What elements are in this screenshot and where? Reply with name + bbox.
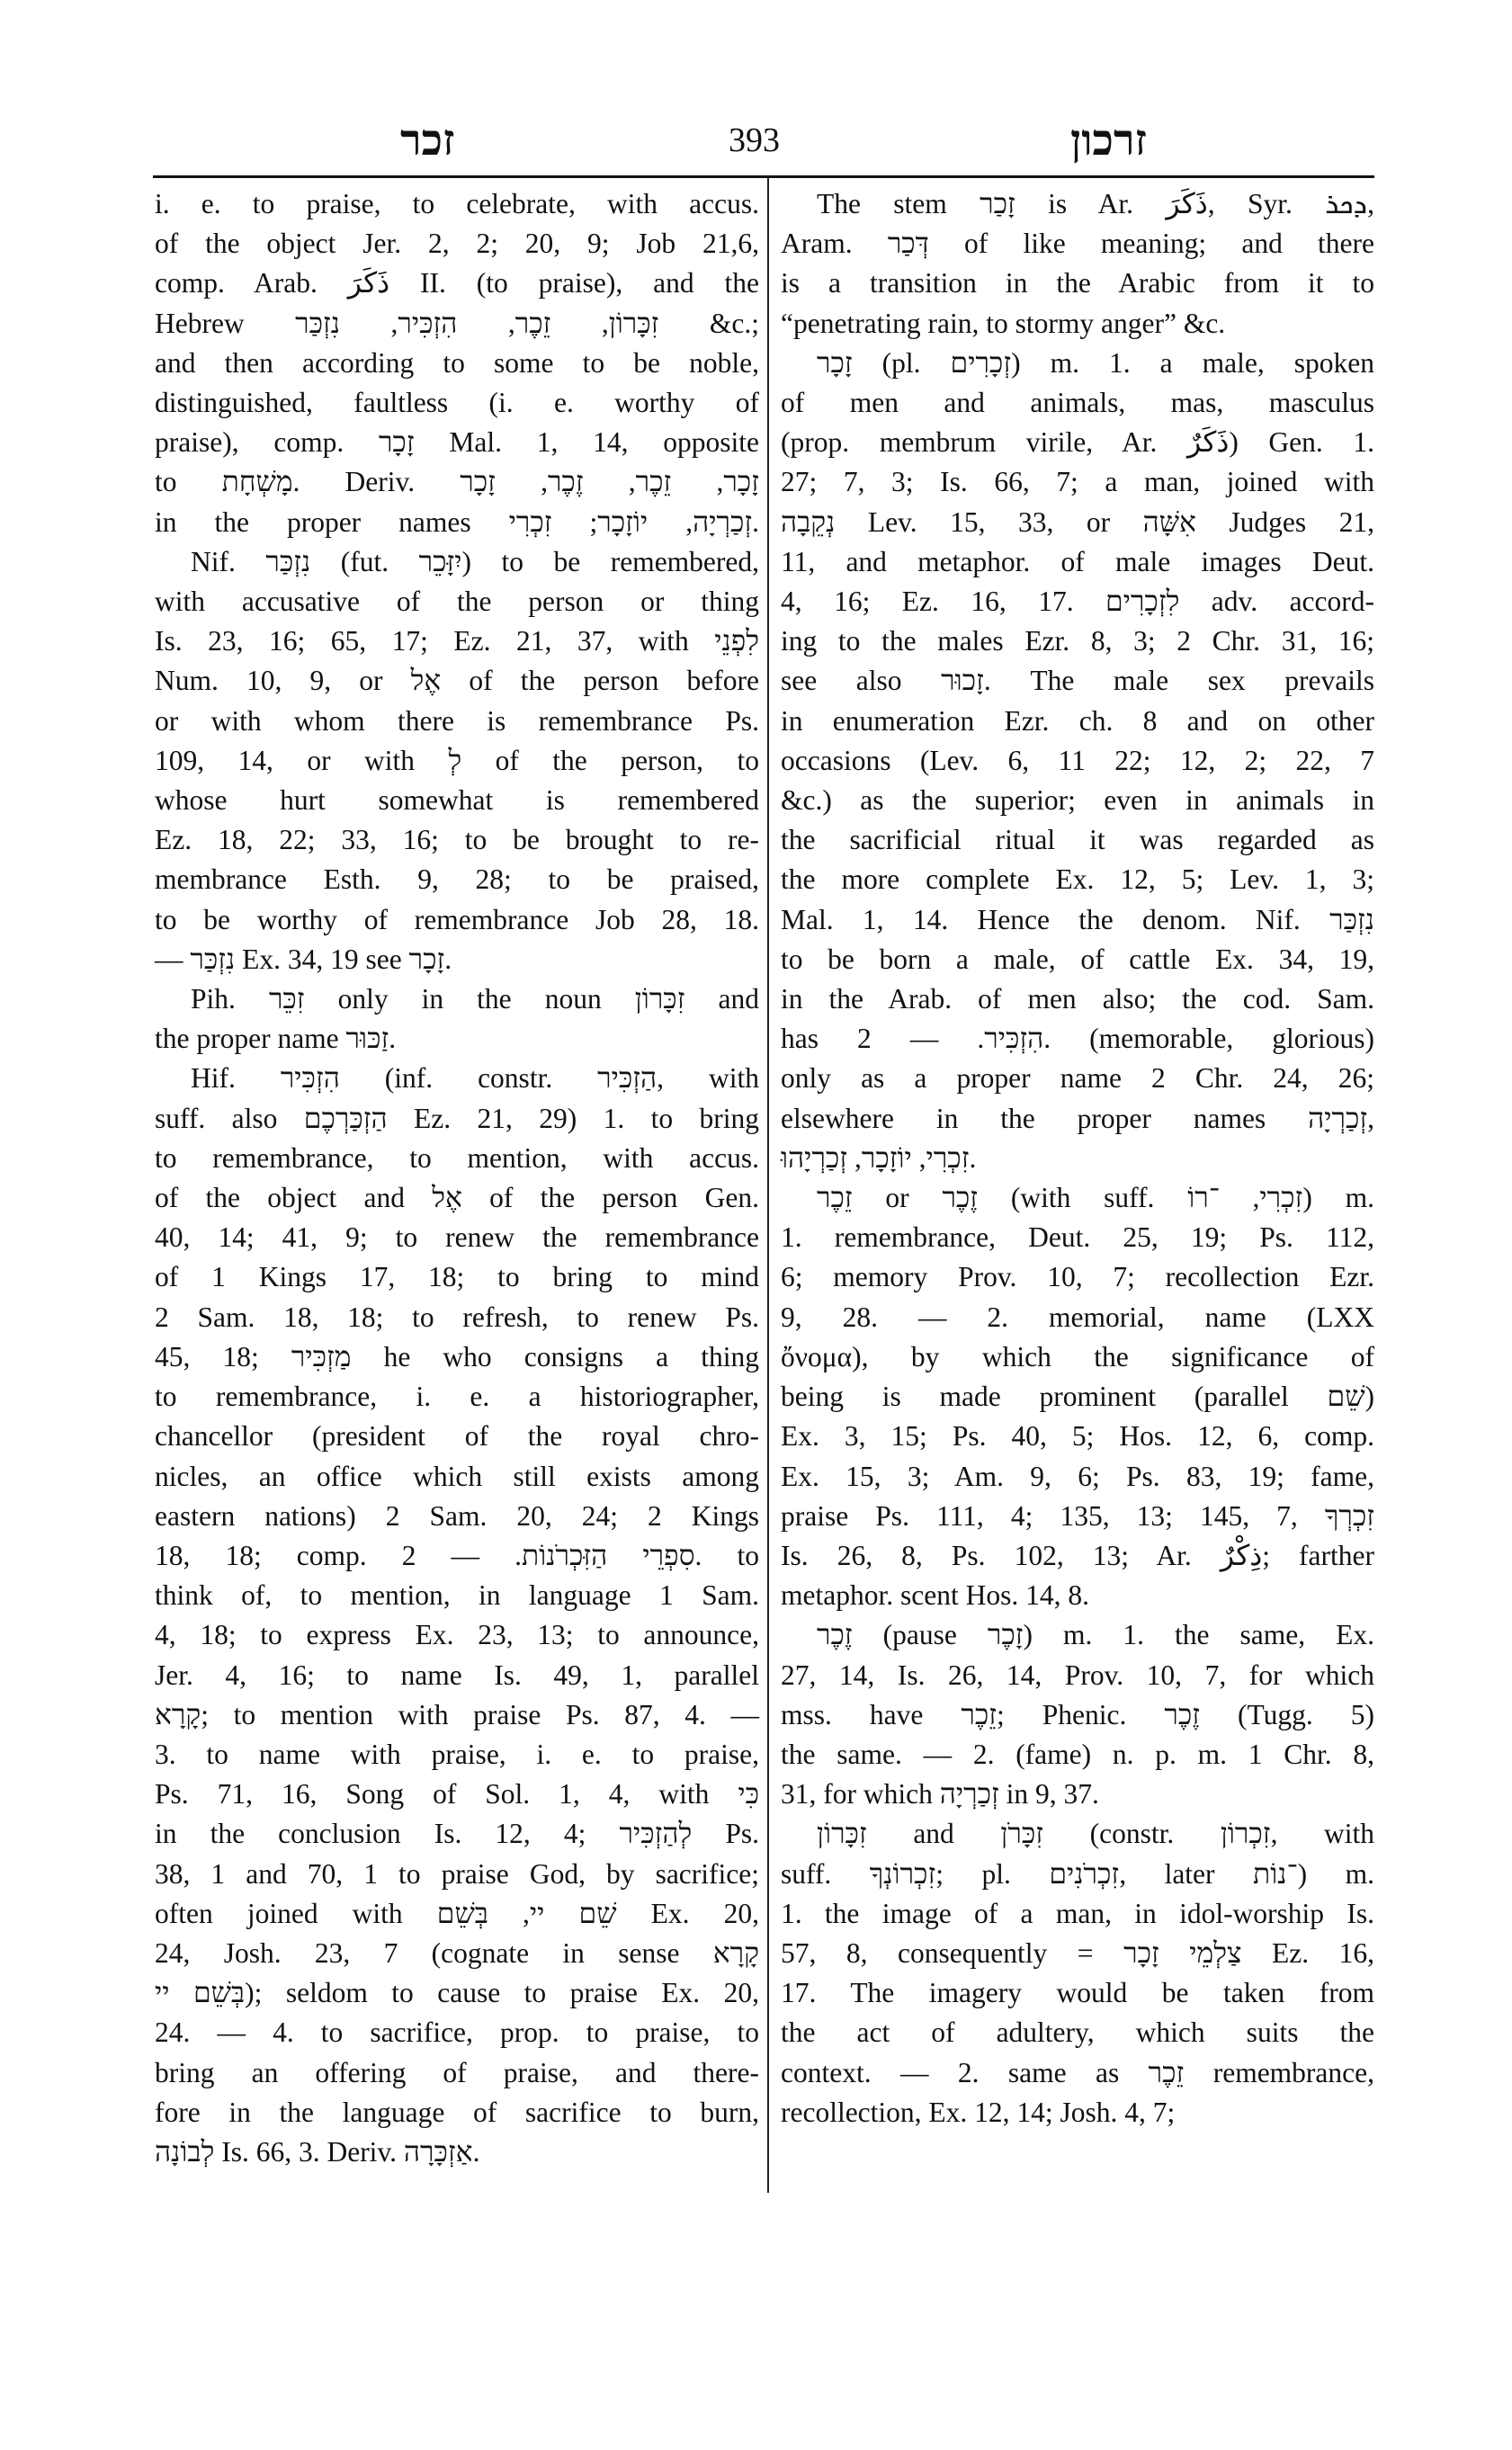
right-column: The stem זָכַר is Ar. ذَكَرَ, Syr. ܕܟܪ,A…: [781, 184, 1374, 2133]
text-line: praise Ps. 111, 4; 135, 13; 145, 7, זִכְ…: [781, 1497, 1374, 1536]
text-line: 3. to name with praise, i. e. to praise,: [155, 1735, 759, 1775]
text-line: context. — 2. same as זֵכֶר remembrance,: [781, 2053, 1374, 2093]
page-header: זכר 393 זרכון: [153, 99, 1372, 176]
text-line: 109, 14, or with לְ of the person, to: [155, 741, 759, 781]
text-line: whose hurt somewhat is remembered: [155, 781, 759, 820]
text-line: the act of adultery, which suits the: [781, 2013, 1374, 2052]
text-line: think of, to mention, in language 1 Sam.: [155, 1576, 759, 1615]
text-line: 4, 18; to express Ex. 23, 13; to announc…: [155, 1615, 759, 1655]
text-line: Ex. 15, 3; Am. 9, 6; Ps. 83, 19; fame,: [781, 1457, 1374, 1497]
text-line: in the proper names זְכַרְיָה, יוֹזָכָר;…: [155, 503, 759, 542]
text-line: נְקֵבָה Lev. 15, 33, or אִשָּׁה Judges 2…: [781, 503, 1374, 542]
text-line: is a transition in the Arabic from it to: [781, 264, 1374, 303]
text-line: 1. the image of a man, in idol-worship I…: [781, 1894, 1374, 1934]
text-line: the proper name זַכּוּר.: [155, 1019, 759, 1059]
text-line: praise), comp. זָכָר Mal. 1, 14, opposit…: [155, 423, 759, 462]
text-line: 45, 18; מַזְכִּיר he who consigns a thin…: [155, 1337, 759, 1377]
text-line: Num. 10, 9, or אֶל of the person before: [155, 661, 759, 701]
text-line: of 1 Kings 17, 18; to bring to mind: [155, 1257, 759, 1297]
text-line: ὄνομα), by which the significance of: [781, 1337, 1374, 1377]
text-line: distinguished, faultless (i. e. worthy o…: [155, 383, 759, 423]
text-line: 17. The imagery would be taken from: [781, 1973, 1374, 2013]
text-line: Ps. 71, 16, Song of Sol. 1, 4, with כִּי: [155, 1775, 759, 1814]
text-line: Jer. 4, 16; to name Is. 49, 1, parallel: [155, 1656, 759, 1695]
text-line: the same. — 2. (fame) n. p. m. 1 Chr. 8,: [781, 1735, 1374, 1775]
text-line: (prop. membrum virile, Ar. ذَكَرٌ) Gen. …: [781, 423, 1374, 462]
text-line: comp. Arab. ذَكَرَ II. (to praise), and …: [155, 264, 759, 303]
text-line: 24, Josh. 23, 7 (cognate in sense קָרָא: [155, 1934, 759, 1973]
text-line: recollection, Ex. 12, 14; Josh. 4, 7;: [781, 2093, 1374, 2133]
text-line: זִכְרִי, יוֹזָכָר, זְכַרְיָהוּ.: [781, 1139, 1374, 1178]
text-line: Pih. זִכֵּר only in the noun זִכָּרוֹן a…: [155, 979, 759, 1019]
text-line: “penetrating rain, to stormy anger” &c.: [781, 304, 1374, 344]
text-line: — נִזְכַּר Ex. 34, 19 see זָכָר.: [155, 940, 759, 979]
text-line: and then according to some to be noble,: [155, 344, 759, 383]
text-line: 38, 1 and 70, 1 to praise God, by sacrif…: [155, 1855, 759, 1894]
left-headword: זכר: [400, 115, 454, 165]
text-line: in the conclusion Is. 12, 4; לְהַזְכִּיר…: [155, 1814, 759, 1854]
text-line: Ez. 18, 22; 33, 16; to be brought to re-: [155, 820, 759, 860]
text-line: with accusative of the person or thing: [155, 582, 759, 621]
text-line: eastern nations) 2 Sam. 20, 24; 2 Kings: [155, 1497, 759, 1536]
text-line: of the object and אֶל of the person Gen.: [155, 1178, 759, 1218]
text-line: 57, 8, consequently = צַלְמֵי זָכָר Ez. …: [781, 1934, 1374, 1973]
text-line: often joined with שֵׁם יי, בְּשֵׁם Ex. 2…: [155, 1894, 759, 1934]
text-line: זֶכֶר (pause זָכֶר) m. 1. the same, Ex.: [781, 1615, 1374, 1655]
text-line: occasions (Lev. 6, 11 22; 12, 2; 22, 7: [781, 741, 1374, 781]
text-line: זֵכֶר or זֶכֶר (with suff. זִכְרִי, ־רוֹ…: [781, 1178, 1374, 1218]
text-line: to מָשְׁחָת. Deriv. זָכָר, זֵכֶר, זֶכֶר,…: [155, 462, 759, 502]
text-line: 27; 7, 3; Is. 66, 7; a man, joined with: [781, 462, 1374, 502]
text-line: Is. 23, 16; 65, 17; Ez. 21, 37, with לִפ…: [155, 621, 759, 661]
text-line: 24. — 4. to sacrifice, prop. to praise, …: [155, 2013, 759, 2052]
text-line: bring an offering of praise, and there-: [155, 2053, 759, 2093]
text-line: elsewhere in the proper names זְכַרְיָה,: [781, 1099, 1374, 1139]
text-line: in enumeration Ezr. ch. 8 and on other: [781, 702, 1374, 741]
text-line: Hebrew זִכָּרוֹן, זֵכֶר, הִזְכִּיר, נִזְ…: [155, 304, 759, 344]
text-line: has הִזְכִּיר. — 2. (memorable, glorious…: [781, 1019, 1374, 1059]
text-line: being is made prominent (parallel שֵׁם): [781, 1377, 1374, 1417]
text-line: Mal. 1, 14. Hence the denom. Nif. נִזְכַ…: [781, 900, 1374, 940]
text-line: Nif. נִזְכַּר (fut. יִזָּכֵר) to be reme…: [155, 542, 759, 582]
text-line: בְּשֵׁם יי); seldom to cause to praise E…: [155, 1973, 759, 2013]
text-line: metaphor. scent Hos. 14, 8.: [781, 1576, 1374, 1615]
text-line: 1. remembrance, Deut. 25, 19; Ps. 112,: [781, 1218, 1374, 1257]
text-line: 6; memory Prov. 10, 7; recollection Ezr.: [781, 1257, 1374, 1297]
text-line: of the object Jer. 2, 2; 20, 9; Job 21,6…: [155, 224, 759, 264]
text-line: 40, 14; 41, 9; to renew the remembrance: [155, 1218, 759, 1257]
text-line: Ex. 3, 15; Ps. 40, 5; Hos. 12, 6, comp.: [781, 1417, 1374, 1456]
text-line: Hif. הִזְכִּיר (inf. constr. הַזְכִּיר, …: [155, 1059, 759, 1098]
text-line: ing to the males Ezr. 8, 3; 2 Chr. 31, 1…: [781, 621, 1374, 661]
text-line: זִכָּרוֹן and זִכָּרֹן (constr. זִכְרוֹן…: [781, 1814, 1374, 1854]
text-line: 31, for which זְכַרְיָה in 9, 37.: [781, 1775, 1374, 1814]
text-line: לְבוֹנָה Is. 66, 3. Deriv. אַזְכָּרָה.: [155, 2133, 759, 2172]
column-divider: [767, 178, 769, 2193]
text-line: Aram. דְּכַר of like meaning; and there: [781, 224, 1374, 264]
text-line: i. e. to praise, to celebrate, with accu…: [155, 184, 759, 224]
text-line: &c.) as the superior; even in animals in: [781, 781, 1374, 820]
text-line: 2 Sam. 18, 18; to refresh, to renew Ps.: [155, 1298, 759, 1337]
text-line: קָרָא; to mention with praise Ps. 87, 4.…: [155, 1695, 759, 1735]
text-line: mss. have זֵכֶר; Phenic. זֶכֶר (Tugg. 5): [781, 1695, 1374, 1735]
text-line: 11, and metaphor. of male images Deut.: [781, 542, 1374, 582]
text-line: 27, 14, Is. 26, 14, Prov. 10, 7, for whi…: [781, 1656, 1374, 1695]
text-line: nicles, an office which still exists amo…: [155, 1457, 759, 1497]
text-line: see also זָכוּר. The male sex prevails: [781, 661, 1374, 701]
text-line: in the Arab. of men also; the cod. Sam.: [781, 979, 1374, 1019]
text-line: to be born a male, of cattle Ex. 34, 19,: [781, 940, 1374, 979]
text-line: to remembrance, to mention, with accus.: [155, 1139, 759, 1178]
text-line: chancellor (president of the royal chro-: [155, 1417, 759, 1456]
text-line: The stem זָכַר is Ar. ذَكَرَ, Syr. ܕܟܪ,: [781, 184, 1374, 224]
text-line: only as a proper name 2 Chr. 24, 26;: [781, 1059, 1374, 1098]
text-line: or with whom there is remembrance Ps.: [155, 702, 759, 741]
text-line: of men and animals, mas, masculus: [781, 383, 1374, 423]
text-line: membrance Esth. 9, 28; to be praised,: [155, 860, 759, 899]
text-line: Is. 26, 8, Ps. 102, 13; Ar. ذِكْرٌ; fart…: [781, 1536, 1374, 1576]
text-line: 18, 18; comp. סִפְרֵי הַזִּכְרֹנוֹת. — 2…: [155, 1536, 759, 1576]
header-rule: [153, 175, 1374, 178]
left-column: i. e. to praise, to celebrate, with accu…: [155, 184, 759, 2172]
text-line: the more complete Ex. 12, 5; Lev. 1, 3;: [781, 860, 1374, 899]
text-line: 9, 28. — 2. memorial, name (LXX: [781, 1298, 1374, 1337]
text-line: זָכָר (pl. זְכָרִים) m. 1. a male, spoke…: [781, 344, 1374, 383]
page-number: 393: [729, 121, 780, 160]
text-line: fore in the language of sacrifice to bur…: [155, 2093, 759, 2133]
text-line: suff. also הַזְכַּרְכֶם Ez. 21, 29) 1. t…: [155, 1099, 759, 1139]
text-line: to be worthy of remembrance Job 28, 18.: [155, 900, 759, 940]
text-line: the sacrificial ritual it was regarded a…: [781, 820, 1374, 860]
text-line: to remembrance, i. e. a historiographer,: [155, 1377, 759, 1417]
text-line: suff. זִכְרוֹנְךָ; pl. זִכְרֹנִים, later…: [781, 1855, 1374, 1894]
right-headword: זרכון: [1070, 115, 1147, 165]
text-line: 4, 16; Ez. 16, 17. לִזְכָרִים adv. accor…: [781, 582, 1374, 621]
